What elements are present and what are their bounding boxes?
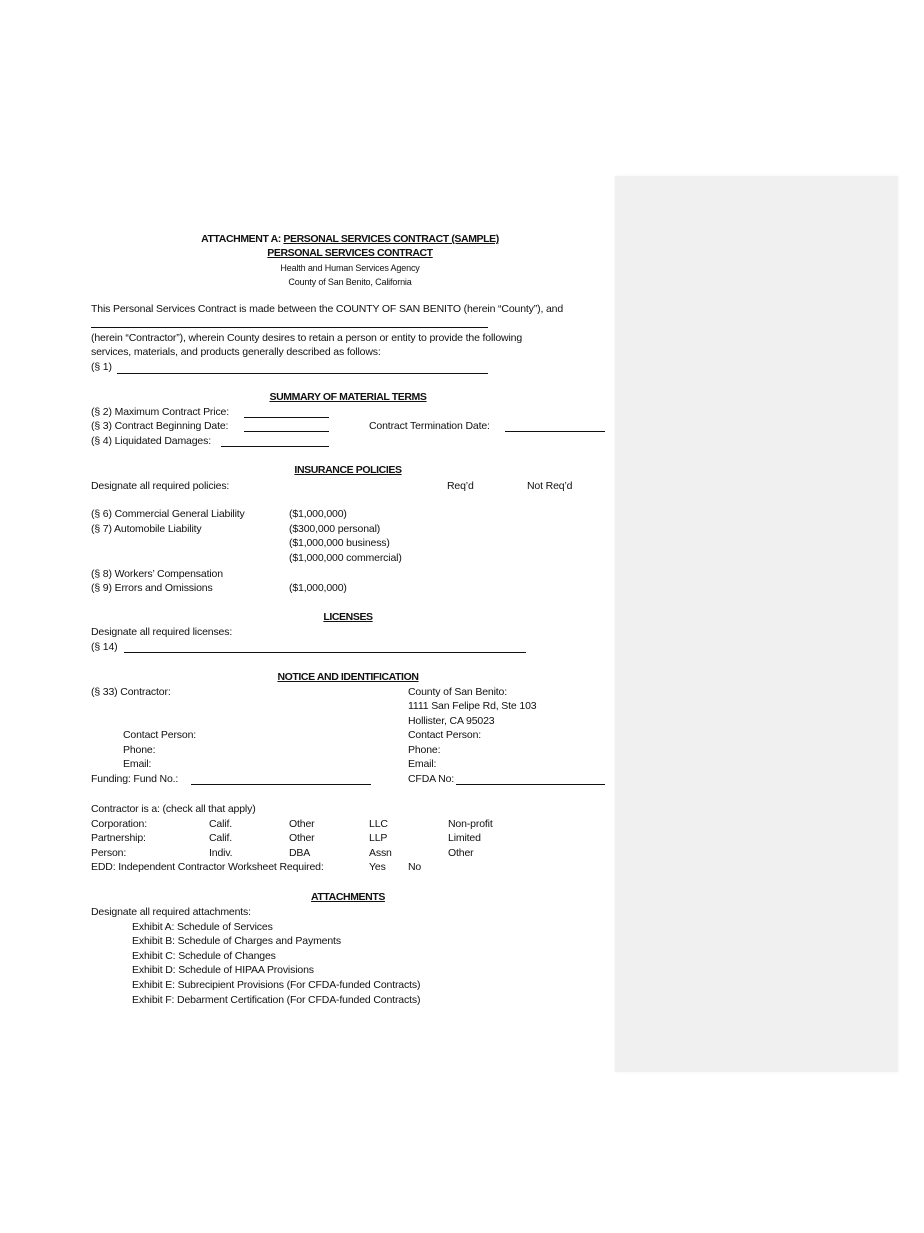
attachment-title: PERSONAL SERVICES CONTRACT (SAMPLE) — [283, 233, 498, 245]
exhibit-item: Exhibit F: Debarment Certification (For … — [132, 994, 420, 1007]
licenses-designate-label: Designate all required licenses: — [91, 626, 232, 639]
contractor-type-option[interactable]: Other — [448, 847, 474, 860]
liquidated-damages-label: (§ 4) Liquidated Damages: — [91, 435, 211, 448]
contractor-type-option[interactable]: Limited — [448, 832, 481, 845]
policy-amount: ($1,000,000 commercial) — [289, 552, 402, 565]
edd-yes-option[interactable]: Yes — [369, 861, 386, 874]
contractor-label: (§ 33) Contractor: — [91, 686, 171, 699]
contractor-type-label: Partnership: — [91, 832, 146, 845]
edd-no-option[interactable]: No — [408, 861, 421, 874]
intro-line-2: (herein “Contractor”), wherein County de… — [91, 332, 522, 345]
section-14-label: (§ 14) — [91, 641, 118, 654]
cfda-label: CFDA No: — [408, 773, 454, 786]
policy-workers-compensation: (§ 8) Workers’ Compensation — [91, 568, 223, 581]
termination-date-field[interactable] — [505, 431, 605, 432]
county-address-line-2: Hollister, CA 95023 — [408, 715, 494, 728]
county-address-line-1: 1111 San Felipe Rd, Ste 103 — [408, 700, 536, 713]
reqd-column-header: Req’d — [447, 480, 474, 493]
document-page: ATTACHMENT A: PERSONAL SERVICES CONTRACT… — [0, 0, 924, 1233]
edd-worksheet-label: EDD: Independent Contractor Worksheet Re… — [91, 861, 324, 874]
contractor-type-option[interactable]: Indiv. — [209, 847, 232, 860]
contractor-type-option[interactable]: LLP — [369, 832, 387, 845]
max-price-field[interactable] — [244, 417, 329, 418]
county-location: County of San Benito, California — [10, 276, 690, 289]
county-email-label: Email: — [408, 758, 436, 771]
section-1-label: (§ 1) — [91, 361, 112, 374]
exhibit-item: Exhibit A: Schedule of Services — [132, 921, 273, 934]
contractor-type-label: Person: — [91, 847, 126, 860]
contractor-type-option[interactable]: Calif. — [209, 832, 232, 845]
contractor-type-option[interactable]: DBA — [289, 847, 310, 860]
policy-automobile-liability: (§ 7) Automobile Liability — [91, 523, 202, 536]
summary-heading: SUMMARY OF MATERIAL TERMS — [8, 391, 688, 404]
exhibit-item: Exhibit C: Schedule of Changes — [132, 950, 276, 963]
licenses-heading: LICENSES — [8, 611, 688, 624]
contractor-contact-person-label: Contact Person: — [123, 729, 196, 742]
contractor-type-option[interactable]: Non-profit — [448, 818, 493, 831]
policy-amount: ($300,000 personal) — [289, 523, 380, 536]
max-price-label: (§ 2) Maximum Contract Price: — [91, 406, 229, 419]
contractor-type-option[interactable]: Assn — [369, 847, 392, 860]
exhibit-item: Exhibit D: Schedule of HIPAA Provisions — [132, 964, 314, 977]
county-contact-person-label: Contact Person: — [408, 729, 481, 742]
county-name: County of San Benito: — [408, 686, 507, 699]
funding-label: Funding: Fund No.: — [91, 773, 178, 786]
insurance-heading: INSURANCE POLICIES — [8, 464, 688, 477]
cfda-number-field[interactable] — [456, 784, 605, 785]
insurance-designate-label: Designate all required policies: — [91, 480, 229, 493]
contractor-type-option[interactable]: LLC — [369, 818, 388, 831]
attachment-prefix: ATTACHMENT A: — [201, 233, 283, 245]
begin-date-field[interactable] — [244, 431, 329, 432]
exhibit-item: Exhibit E: Subrecipient Provisions (For … — [132, 979, 420, 992]
contractor-type-option[interactable]: Other — [289, 818, 315, 831]
attachments-designate-label: Designate all required attachments: — [91, 906, 251, 919]
licenses-field[interactable] — [124, 652, 526, 653]
policy-commercial-general-liability: (§ 6) Commercial General Liability — [91, 508, 245, 521]
contractor-type-label: Corporation: — [91, 818, 147, 831]
services-description-field[interactable] — [117, 373, 488, 374]
contractor-name-field[interactable] — [91, 327, 488, 328]
policy-amount: ($1,000,000 business) — [289, 537, 390, 550]
exhibit-item: Exhibit B: Schedule of Charges and Payme… — [132, 935, 341, 948]
intro-line-1: This Personal Services Contract is made … — [91, 303, 563, 316]
begin-date-label: (§ 3) Contract Beginning Date: — [91, 420, 228, 433]
county-phone-label: Phone: — [408, 744, 440, 757]
intro-line-3: services, materials, and products genera… — [91, 346, 381, 359]
not-reqd-column-header: Not Req’d — [527, 480, 572, 493]
policy-amount: ($1,000,000) — [289, 508, 347, 521]
liquidated-damages-field[interactable] — [221, 446, 329, 447]
notice-heading: NOTICE AND IDENTIFICATION — [8, 671, 688, 684]
contractor-type-option[interactable]: Other — [289, 832, 315, 845]
contractor-phone-label: Phone: — [123, 744, 155, 757]
fund-number-field[interactable] — [191, 784, 371, 785]
attachments-heading: ATTACHMENTS — [8, 891, 688, 904]
contractor-type-option[interactable]: Calif. — [209, 818, 232, 831]
comment-pane — [615, 176, 898, 1072]
policy-errors-and-omissions: (§ 9) Errors and Omissions — [91, 582, 213, 595]
contract-title: PERSONAL SERVICES CONTRACT — [10, 247, 690, 260]
attachment-heading: ATTACHMENT A: PERSONAL SERVICES CONTRACT… — [10, 233, 690, 246]
contractor-type-intro: Contractor is a: (check all that apply) — [91, 803, 256, 816]
contractor-email-label: Email: — [123, 758, 151, 771]
policy-amount: ($1,000,000) — [289, 582, 347, 595]
termination-date-label: Contract Termination Date: — [369, 420, 490, 433]
agency-name: Health and Human Services Agency — [10, 262, 690, 275]
